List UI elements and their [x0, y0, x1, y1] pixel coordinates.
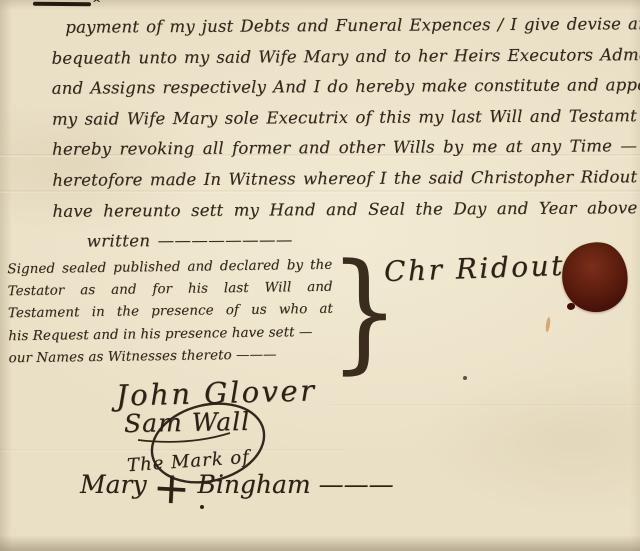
will-body-paragraph: payment of my just Debts and Funeral Exp…: [51, 9, 637, 257]
insertion-caret-mark: ^: [92, 0, 101, 10]
attestation-line: our Names as Witnesses thereto ———: [8, 343, 333, 370]
attestation-line: his Request and in his presence have set…: [8, 321, 333, 348]
paper-stain: [545, 317, 551, 332]
body-line: and Assigns respectively And I do hereby…: [52, 70, 637, 104]
attestation-clause: Signed sealed published and declared by …: [7, 255, 334, 370]
paper-crease: [330, 404, 640, 407]
body-line: hereby revoking all former and other Wil…: [52, 132, 637, 166]
mark-name-left: Mary: [80, 470, 147, 499]
witness-signature-sam-wall: Sam Wall: [124, 407, 251, 438]
ink-dot: [200, 505, 204, 509]
clipped-text-fragment: [33, 2, 91, 7]
wax-seal-droplet: [567, 303, 575, 310]
cross-mark: +: [152, 478, 190, 500]
body-line: payment of my just Debts and Funeral Exp…: [51, 9, 636, 43]
manuscript-page: ^ payment of my just Debts and Funeral E…: [0, 0, 640, 551]
testator-signature: Chr Ridout: [383, 249, 565, 288]
ink-speck: [463, 376, 467, 380]
witness-mark-line: Mary+Bingham ———: [80, 470, 394, 499]
body-line: bequeath unto my said Wife Mary and to h…: [51, 40, 636, 74]
body-line: my said Wife Mary sole Executrix of this…: [52, 101, 637, 135]
body-line: have hereunto sett my Hand and Seal the …: [52, 193, 637, 227]
mark-name-right: Bingham ———: [197, 470, 393, 499]
body-line: heretofore made In Witness whereof I the…: [52, 162, 637, 196]
